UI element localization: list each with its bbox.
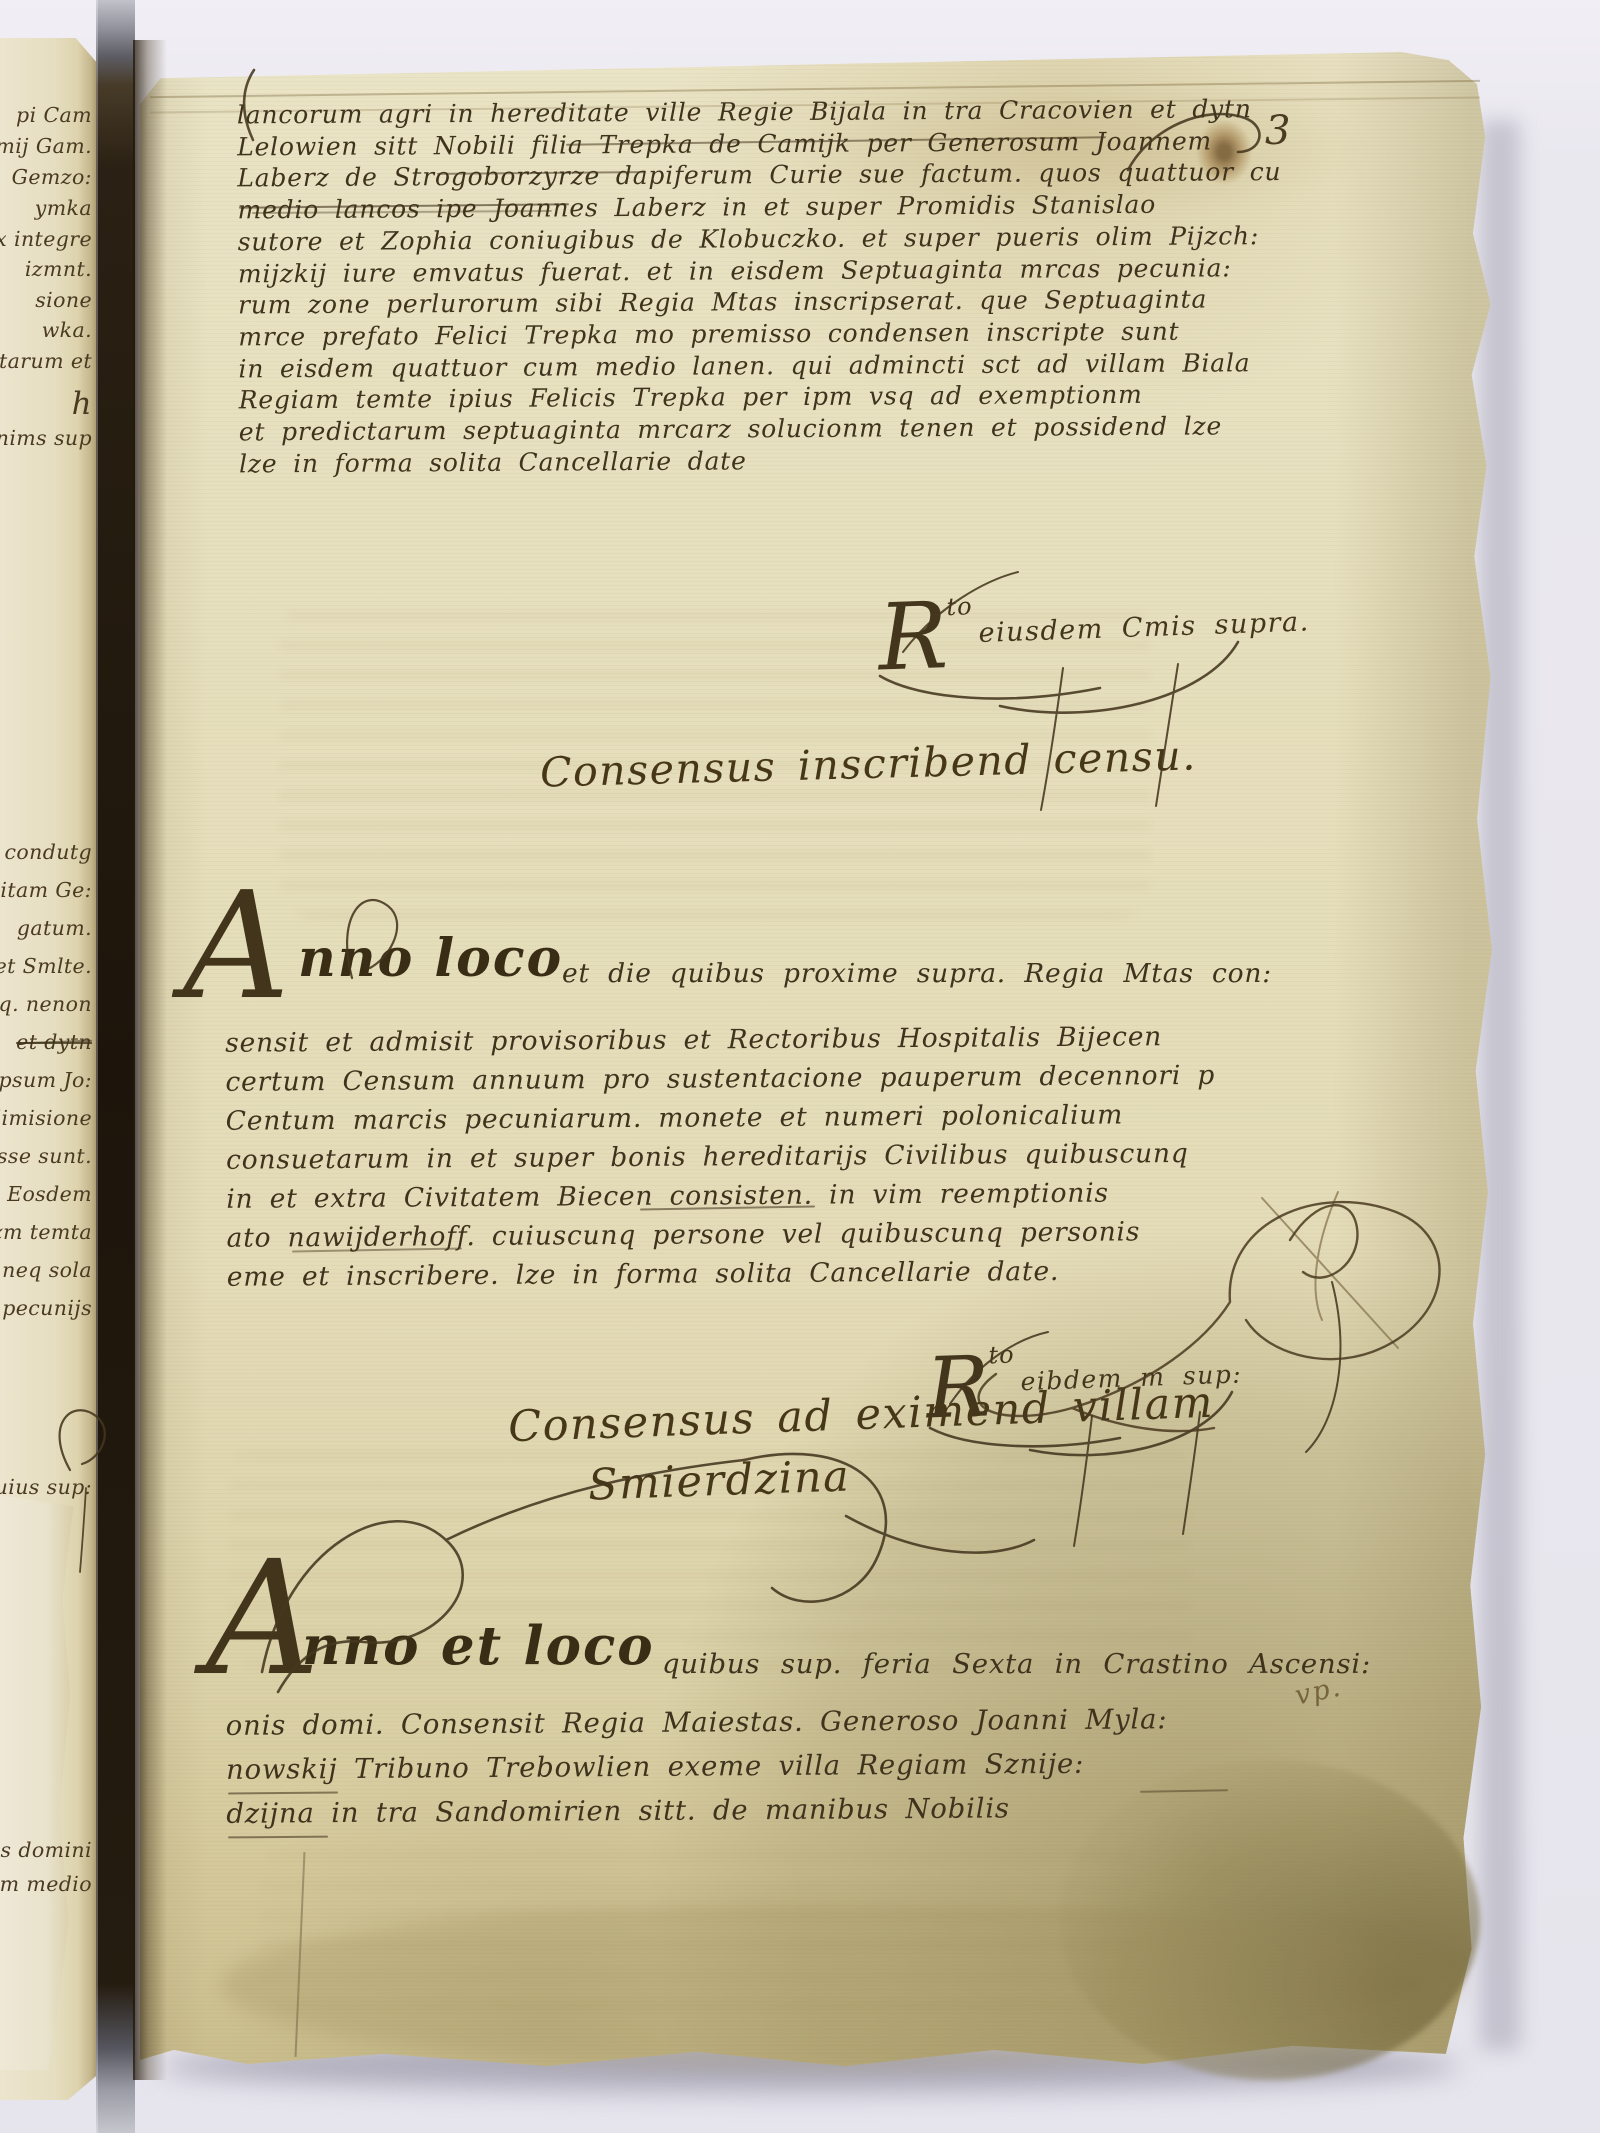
facing-page-fragment: neq sola <box>2 1258 92 1282</box>
facing-page-fragment: wka. <box>42 318 92 342</box>
entry-line: certum Censum annuum pro sustentacione p… <box>225 1055 1305 1102</box>
facing-page-fragment: h <box>72 386 92 422</box>
facing-page-fragment: m medio <box>0 1872 92 1896</box>
facing-page-fragment: dictarum et <box>0 349 92 373</box>
facing-page-fragment: iq. nenon <box>0 992 92 1016</box>
relatio-1-text: eiusdem Cmis supra. <box>978 606 1310 649</box>
entry-line: nowskij Tribuno Trebowlien exeme villa R… <box>226 1740 1326 1792</box>
relatio-2-superscript: to <box>988 1340 1015 1369</box>
heading-consensus-eximend-line2: Smierdzina <box>587 1451 851 1510</box>
facing-page-fragment: sione <box>35 288 92 312</box>
facing-page-fragment: mij Gam. <box>0 134 92 158</box>
facing-page-fragment: ymka <box>35 196 92 220</box>
entry-3-text: onis domi. Consensit Regia Maiestas. Gen… <box>226 1696 1327 1836</box>
entry-line: eme et inscribere. lze in forma solita C… <box>227 1250 1307 1297</box>
facing-page-fragment: nims sup <box>0 426 92 450</box>
facing-page-fragment: ipsum Jo: <box>0 1068 92 1092</box>
facing-page-fragment: cuius sup: <box>0 1475 92 1499</box>
entry-2-lead: nno loco <box>298 928 563 989</box>
binding-rod <box>96 0 135 2133</box>
facing-page-fragment: pi Cam <box>16 103 92 127</box>
facing-page-fragment: s domini <box>1 1838 92 1862</box>
facing-page-fragment: sse sunt. <box>0 1144 92 1168</box>
page-shadow-right <box>1480 120 1520 2050</box>
facing-page-fragment: x integre <box>0 227 92 251</box>
entry-2-first-line: et die quibus proxime supra. Regia Mtas … <box>562 958 1272 989</box>
facing-page-fragment: dimisione <box>0 1106 92 1130</box>
facing-page-fragment: gatum. <box>17 916 92 940</box>
manuscript-scan: pi Cammij Gam.Gemzo:ymkax integreizmnt.s… <box>0 0 1600 2133</box>
facing-page-text-fragments: pi Cammij Gam.Gemzo:ymkax integreizmnt.s… <box>0 0 97 2133</box>
entry-line: consuetarum in et super bonis hereditari… <box>226 1133 1306 1180</box>
facing-page-fragment: izmnt. <box>25 257 92 281</box>
facing-page-fragment: s pecunijs <box>0 1296 92 1320</box>
entry-3-lead: nno et loco <box>302 1615 655 1677</box>
gutter-shadow <box>133 40 167 2080</box>
facing-page-fragment: Eosdem <box>7 1182 92 1206</box>
relatio-1-superscript: to <box>946 592 973 621</box>
facing-page-fragment: et Smlte. <box>0 954 92 978</box>
facing-page-fragment: Gemzo: <box>12 165 92 189</box>
facing-page-fragment: vitam Ge: <box>0 878 92 902</box>
entry-2-initial: A <box>183 872 290 1020</box>
entry-1-text: lancorum agri in hereditate ville Regie … <box>237 93 1359 480</box>
facing-page-fragment: condutg <box>4 840 92 864</box>
ink-showthrough-3 <box>260 1840 1140 2010</box>
entry-3-first-line: quibus sup. feria Sexta in Crastino Asce… <box>662 1648 1371 1680</box>
entry-2-text: sensit et admisit provisoribus et Rector… <box>225 1016 1307 1297</box>
relatio-1-initial: R <box>876 582 949 691</box>
relatio-1: Rto eiusdem Cmis supra. <box>877 580 1311 675</box>
entry-line: onis domi. Consensit Regia Maiestas. Gen… <box>226 1696 1326 1748</box>
facing-page-fragment: izm temta <box>0 1220 92 1244</box>
